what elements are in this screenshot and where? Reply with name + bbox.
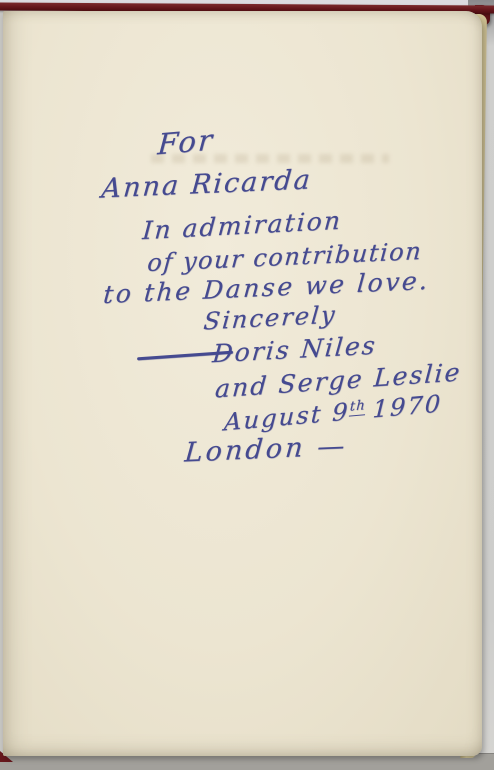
date-year: 1970 — [372, 390, 443, 424]
inscription-line-recipient: Anna Ricarda — [100, 164, 313, 204]
date-ordinal: th — [349, 398, 366, 416]
inscription-line-sincerely: Sincerely — [202, 301, 337, 336]
book-photo: For Anna Ricarda In admiration of your c… — [0, 0, 494, 770]
inscription-line-admiration: In admiration — [141, 206, 343, 245]
flyleaf-page: For Anna Ricarda In admiration of your c… — [3, 11, 482, 756]
inscription-signature-doris-niles: Doris Niles — [211, 331, 378, 369]
inscription-line-for: For — [157, 123, 216, 162]
inscription-line-place: London — — [183, 430, 348, 468]
